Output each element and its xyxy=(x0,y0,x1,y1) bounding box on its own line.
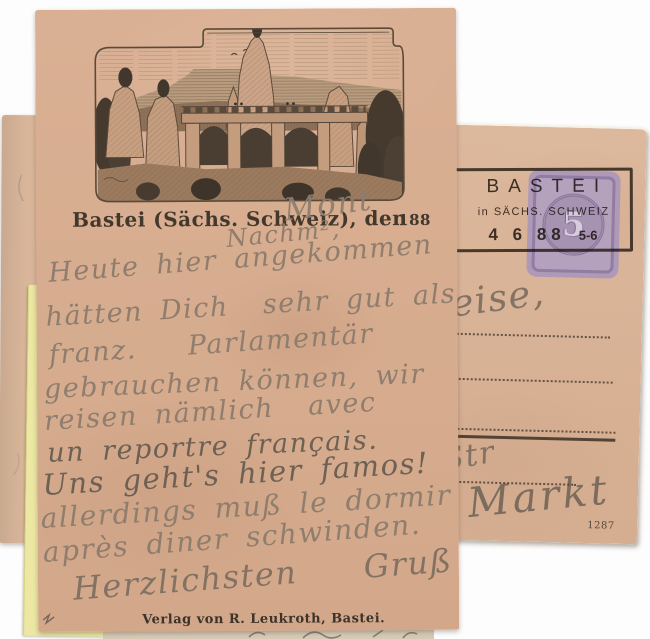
picture-postcard: Bastei (Sächs. Schweiz), den Mont 188 Na… xyxy=(35,8,459,632)
bastei-bridge-engraving xyxy=(85,16,414,205)
postmark-region: in SÄCHS. SCHWEIZ xyxy=(478,205,610,217)
postcard-scan: 5 BASTEI in SÄCHS. SCHWEIZ 4 6 88 5-6 ei… xyxy=(0,0,650,639)
postmark-time: 5-6 xyxy=(579,228,598,243)
address-fragment-top: eise, xyxy=(449,270,548,325)
dateline-year: 188 xyxy=(398,211,431,229)
message-line: hätten Dich sehr gut als xyxy=(45,278,457,333)
postmark-place: BASTEI xyxy=(486,176,608,198)
address-line-1 xyxy=(446,333,610,339)
publisher-imprint: Verlag von R. Leukroth, Bastei. xyxy=(38,611,459,628)
card-print-number: 1287 xyxy=(587,520,615,532)
postmark-box: BASTEI in SÄCHS. SCHWEIZ 4 6 88 5-6 xyxy=(453,168,633,253)
postmark-date: 4 6 88 xyxy=(488,225,565,245)
address-city: Markt xyxy=(465,465,611,527)
address-line-3 xyxy=(445,428,615,434)
postmark-date-row: 4 6 88 5-6 xyxy=(488,225,597,245)
address-line-2 xyxy=(447,378,613,384)
